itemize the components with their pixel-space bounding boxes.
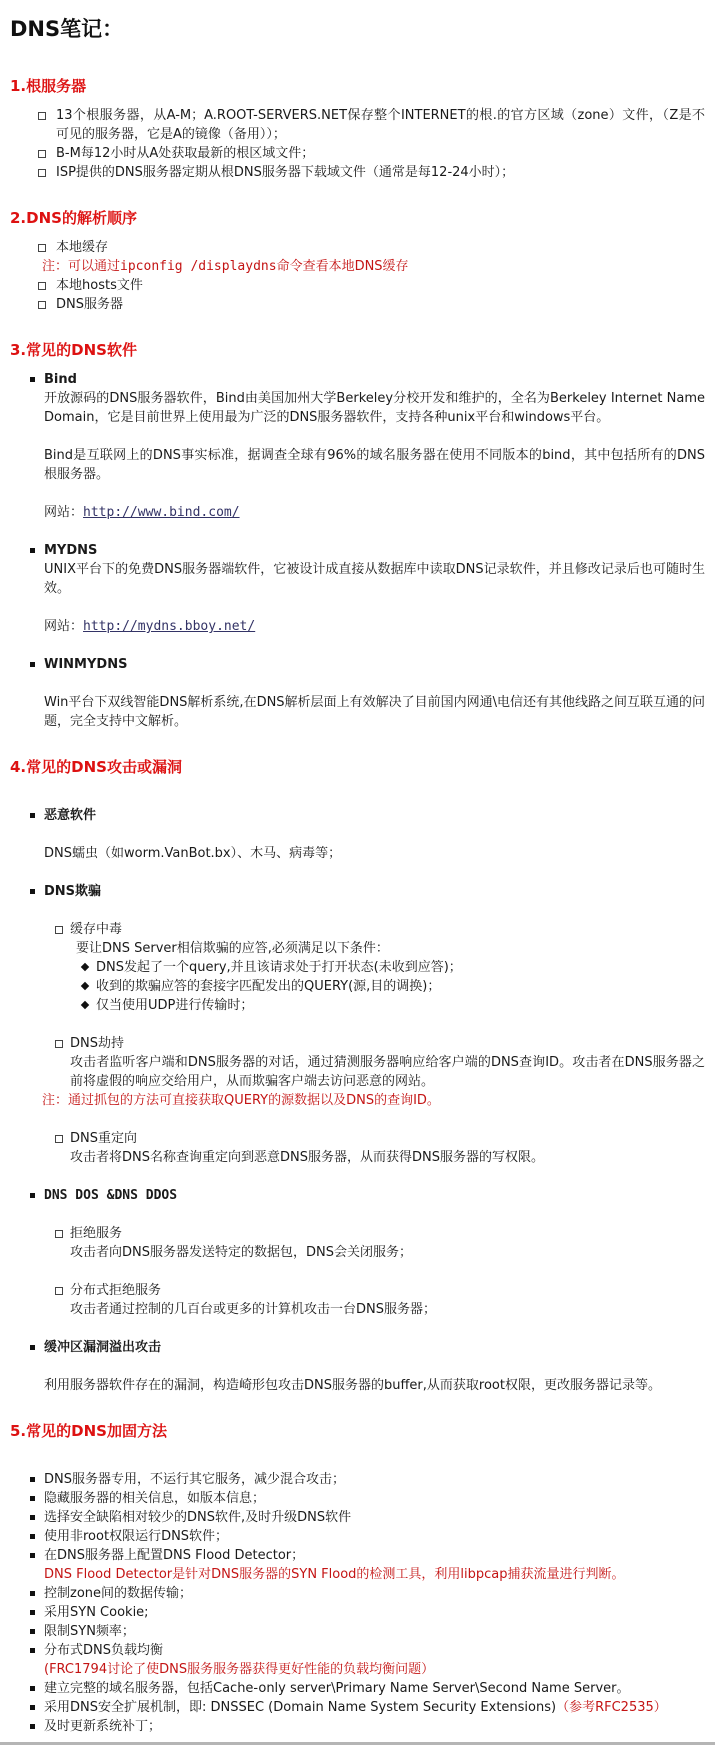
section-heading: 1.根服务器 [10, 76, 705, 96]
bullet-diamond-icon [81, 982, 89, 990]
blank-line [10, 1451, 705, 1470]
blank-line [10, 863, 705, 882]
bullet-hollow-square-icon [38, 150, 46, 158]
bullet-square-icon [30, 1591, 35, 1596]
text-run: 收到的欺骗应答的套接字匹配发出的QUERY(源,目的调换)； [96, 979, 440, 994]
text-run: DNS欺骗 [44, 884, 101, 899]
paragraph: 网站：http://mydns.bboy.net/ [10, 617, 705, 636]
text-run: 攻击者将DNS名称查询重定向到恶意DNS服务器，从而获得DNS服务器的写权限。 [70, 1150, 544, 1165]
bullet-square-icon [30, 1610, 35, 1615]
paragraph: 攻击者监听客户端和DNS服务器的对话，通过猜测服务器响应给客户端的DNS查询ID… [10, 1053, 705, 1091]
paragraph: Bind是互联网上的DNS事实标准，据调查全球有96%的域名服务器在使用不同版本… [10, 446, 705, 484]
text-run: 建立完整的域名服务器，包括Cache-only server\Primary N… [44, 1681, 629, 1696]
text-run: DNS服务器专用，不运行其它服务，减少混合攻击； [44, 1472, 345, 1487]
list-item: 拒绝服务 [10, 1224, 705, 1243]
bullet-hollow-square-icon [55, 1040, 63, 1048]
paragraph: UNIX平台下的免费DNS服务器端软件，它被设计成直接从数据库中读取DNS记录软… [10, 560, 705, 598]
text-run: 13个根服务器，从A-M；A.ROOT-SERVERS.NET保存整个INTER… [56, 108, 705, 142]
section-heading: 3.常见的DNS软件 [10, 340, 705, 360]
blank-line [10, 1319, 705, 1338]
text-run: 本地缓存 [56, 240, 108, 255]
list-item: 分布式拒绝服务 [10, 1281, 705, 1300]
list-item: 恶意软件 [10, 806, 705, 825]
bullet-diamond-icon [81, 963, 89, 971]
list-item: 本地缓存 [10, 238, 705, 257]
list-item: DNS劫持 [10, 1034, 705, 1053]
bullet-square-icon [30, 1515, 35, 1520]
list-item: 选择安全缺陷相对较少的DNS软件,及时升级DNS软件 [10, 1508, 705, 1527]
hyperlink[interactable]: http://mydns.bboy.net/ [83, 619, 255, 634]
blank-line [10, 901, 705, 920]
blank-line [10, 598, 705, 617]
list-item: 采用SYN Cookie; [10, 1603, 705, 1622]
bullet-square-icon [30, 1648, 35, 1653]
text-run: 攻击者监听客户端和DNS服务器的对话，通过猜测服务器响应给客户端的DNS查询ID… [70, 1055, 705, 1089]
text-run: Bind是互联网上的DNS事实标准，据调查全球有96%的域名服务器在使用不同版本… [44, 448, 705, 482]
text-run: 网站： [44, 619, 83, 634]
bullet-hollow-square-icon [38, 169, 46, 177]
text-run: UNIX平台下的免费DNS服务器端软件，它被设计成直接从数据库中读取DNS记录软… [44, 562, 705, 596]
text-run: Win平台下双线智能DNS解析系统,在DNS解析层面上有效解决了目前国内网通\电… [44, 695, 705, 729]
blank-line [10, 674, 705, 693]
blank-line [10, 427, 705, 446]
text-run: DNS DOS &DNS DDOS [44, 1188, 177, 1203]
text-run: 利用服务器软件存在的漏洞，构造崎形包攻击DNS服务器的buffer,从而获取ro… [44, 1378, 661, 1393]
document-title: DNS笔记： [10, 16, 705, 42]
text-run: 注：通过抓包的方法可直接获取QUERY的源数据以及DNS的查询ID。 [42, 1093, 440, 1108]
bullet-square-icon [30, 889, 35, 894]
bullet-hollow-square-icon [38, 244, 46, 252]
list-item: DNS重定向 [10, 1129, 705, 1148]
paragraph: Win平台下双线智能DNS解析系统,在DNS解析层面上有效解决了目前国内网通\电… [10, 693, 705, 731]
bullet-diamond-icon [81, 1001, 89, 1009]
paragraph: 开放源码的DNS服务器软件，Bind由美国加州大学Berkeley分校开发和维护… [10, 389, 705, 427]
list-item: 限制SYN频率； [10, 1622, 705, 1641]
bullet-hollow-square-icon [38, 282, 46, 290]
text-run: 要让DNS Server相信欺骗的应答,必须满足以下条件： [76, 941, 389, 956]
list-item: DNS服务器专用，不运行其它服务，减少混合攻击； [10, 1470, 705, 1489]
paragraph: 利用服务器软件存在的漏洞，构造崎形包攻击DNS服务器的buffer,从而获取ro… [10, 1376, 705, 1395]
blank-line [10, 484, 705, 503]
paragraph: 攻击者通过控制的几百台或更多的计算机攻击一台DNS服务器； [10, 1300, 705, 1319]
bullet-square-icon [30, 548, 35, 553]
text-run: 缓存中毒 [70, 922, 122, 937]
list-item: 在DNS服务器上配置DNS Flood Detector； [10, 1546, 705, 1565]
text-run: DNS Flood Detector是针对DNS服务器的SYN Flood的检测… [44, 1567, 625, 1582]
text-run: 采用DNS安全扩展机制，即: DNSSEC (Domain Name Syste… [44, 1700, 556, 1715]
paragraph: 网站：http://www.bind.com/ [10, 503, 705, 522]
note-text: DNS Flood Detector是针对DNS服务器的SYN Flood的检测… [10, 1565, 705, 1584]
section-1: 1.根服务器13个根服务器，从A-M；A.ROOT-SERVERS.NET保存整… [10, 76, 705, 182]
paragraph: 攻击者将DNS名称查询重定向到恶意DNS服务器，从而获得DNS服务器的写权限。 [10, 1148, 705, 1167]
list-item: 收到的欺骗应答的套接字匹配发出的QUERY(源,目的调换)； [10, 977, 705, 996]
text-run: 分布式拒绝服务 [70, 1283, 161, 1298]
bullet-hollow-square-icon [38, 301, 46, 309]
blank-line [10, 1110, 705, 1129]
section-heading: 5.常见的DNS加固方法 [10, 1421, 705, 1441]
text-run: DNS重定向 [70, 1131, 137, 1146]
text-run: ipconfig /displaydns [120, 259, 277, 274]
bullet-square-icon [30, 377, 35, 382]
list-item: 仅当使用UDP进行传输时； [10, 996, 705, 1015]
text-run: 在DNS服务器上配置DNS Flood Detector； [44, 1548, 304, 1563]
section-heading: 4.常见的DNS攻击或漏洞 [10, 757, 705, 777]
blank-line [10, 1357, 705, 1376]
text-run: DNS劫持 [70, 1036, 124, 1051]
bullet-square-icon [30, 662, 35, 667]
list-item: Bind [10, 370, 705, 389]
text-run: 攻击者通过控制的几百台或更多的计算机攻击一台DNS服务器； [70, 1302, 436, 1317]
blank-line [10, 522, 705, 541]
section-heading: 2.DNS的解析顺序 [10, 208, 705, 228]
paragraph: DNS蠕虫（如worm.VanBot.bx）、木马、病毒等； [10, 844, 705, 863]
note-text: (FRC1794讨论了使DNS服务服务器获得更好性能的负载均衡问题） [10, 1660, 705, 1679]
blank-line [10, 1167, 705, 1186]
section-3: 3.常见的DNS软件Bind开放源码的DNS服务器软件，Bind由美国加州大学B… [10, 340, 705, 731]
list-item: 缓冲区漏洞溢出攻击 [10, 1338, 705, 1357]
text-run: 注：可以通过 [42, 259, 120, 274]
list-item: 及时更新系统补丁； [10, 1717, 705, 1736]
text-run: 缓冲区漏洞溢出攻击 [44, 1340, 161, 1355]
text-run: 使用非root权限运行DNS软件； [44, 1529, 228, 1544]
bullet-square-icon [30, 1724, 35, 1729]
list-item: 分布式DNS负载均衡 [10, 1641, 705, 1660]
bullet-square-icon [30, 813, 35, 818]
bullet-hollow-square-icon [55, 926, 63, 934]
bullet-square-icon [30, 1534, 35, 1539]
text-run: 攻击者向DNS服务器发送特定的数据包，DNS会关闭服务； [70, 1245, 412, 1260]
bullet-square-icon [30, 1496, 35, 1501]
note-text: 注：通过抓包的方法可直接获取QUERY的源数据以及DNS的查询ID。 [10, 1091, 705, 1110]
blank-line [10, 1015, 705, 1034]
text-run: (FRC1794讨论了使DNS服务服务器获得更好性能的负载均衡问题） [44, 1662, 434, 1677]
list-item: 建立完整的域名服务器，包括Cache-only server\Primary N… [10, 1679, 705, 1698]
bullet-square-icon [30, 1553, 35, 1558]
list-item: 隐藏服务器的相关信息，如版本信息； [10, 1489, 705, 1508]
paragraph: 要让DNS Server相信欺骗的应答,必须满足以下条件： [10, 939, 705, 958]
text-run: ISP提供的DNS服务器定期从根DNS服务器下载域文件（通常是每12-24小时）… [56, 165, 514, 180]
list-item: 本地hosts文件 [10, 276, 705, 295]
text-run: 采用SYN Cookie; [44, 1605, 149, 1620]
text-run: （参考RFC2535） [556, 1700, 667, 1715]
list-item: DNS欺骗 [10, 882, 705, 901]
list-item: ISP提供的DNS服务器定期从根DNS服务器下载域文件（通常是每12-24小时）… [10, 163, 705, 182]
list-item: 缓存中毒 [10, 920, 705, 939]
list-item: WINMYDNS [10, 655, 705, 674]
text-run: DNS发起了一个query,并且该请求处于打开状态(未收到应答)； [96, 960, 462, 975]
bullet-square-icon [30, 1193, 35, 1198]
bullet-square-icon [30, 1686, 35, 1691]
bullet-square-icon [30, 1629, 35, 1634]
text-run: 选择安全缺陷相对较少的DNS软件,及时升级DNS软件 [44, 1510, 351, 1525]
bullet-square-icon [30, 1477, 35, 1482]
list-item: 采用DNS安全扩展机制，即: DNSSEC (Domain Name Syste… [10, 1698, 705, 1717]
text-run: 拒绝服务 [70, 1226, 122, 1241]
list-item: 控制zone间的数据传输； [10, 1584, 705, 1603]
text-run: 本地hosts文件 [56, 278, 143, 293]
text-run: WINMYDNS [44, 657, 127, 672]
bullet-square-icon [30, 1345, 35, 1350]
section-4: 4.常见的DNS攻击或漏洞恶意软件DNS蠕虫（如worm.VanBot.bx）、… [10, 757, 705, 1395]
paragraph: 攻击者向DNS服务器发送特定的数据包，DNS会关闭服务； [10, 1243, 705, 1262]
bullet-hollow-square-icon [55, 1135, 63, 1143]
text-run: 控制zone间的数据传输； [44, 1586, 192, 1601]
hyperlink[interactable]: http://www.bind.com/ [83, 505, 240, 520]
text-run: MYDNS [44, 543, 97, 558]
text-run: 开放源码的DNS服务器软件，Bind由美国加州大学Berkeley分校开发和维护… [44, 391, 705, 425]
blank-line [10, 1205, 705, 1224]
text-run: 及时更新系统补丁； [44, 1719, 161, 1734]
text-run: 恶意软件 [44, 808, 96, 823]
text-run: DNS服务器 [56, 297, 123, 312]
list-item: 使用非root权限运行DNS软件； [10, 1527, 705, 1546]
blank-line [10, 1262, 705, 1281]
bullet-square-icon [30, 1705, 35, 1710]
blank-line [10, 787, 705, 806]
blank-line [10, 636, 705, 655]
text-run: DNS蠕虫（如worm.VanBot.bx）、木马、病毒等； [44, 846, 341, 861]
text-run: 命令查看本地DNS缓存 [277, 259, 409, 274]
text-run: 限制SYN频率； [44, 1624, 135, 1639]
list-item: DNS DOS &DNS DDOS [10, 1186, 705, 1205]
list-item: DNS服务器 [10, 295, 705, 314]
list-item: B-M每12小时从A处获取最新的根区域文件； [10, 144, 705, 163]
blank-line [10, 825, 705, 844]
list-item: DNS发起了一个query,并且该请求处于打开状态(未收到应答)； [10, 958, 705, 977]
bullet-hollow-square-icon [55, 1230, 63, 1238]
list-item: MYDNS [10, 541, 705, 560]
document: DNS笔记： 1.根服务器13个根服务器，从A-M；A.ROOT-SERVERS… [0, 0, 715, 1745]
text-run: 网站： [44, 505, 83, 520]
text-run: 仅当使用UDP进行传输时； [96, 998, 253, 1013]
text-run: 隐藏服务器的相关信息，如版本信息； [44, 1491, 265, 1506]
section-2: 2.DNS的解析顺序本地缓存注：可以通过ipconfig /displaydns… [10, 208, 705, 314]
bullet-hollow-square-icon [38, 112, 46, 120]
text-run: 分布式DNS负载均衡 [44, 1643, 163, 1658]
bullet-hollow-square-icon [55, 1287, 63, 1295]
document-body: 1.根服务器13个根服务器，从A-M；A.ROOT-SERVERS.NET保存整… [10, 76, 705, 1736]
section-5: 5.常见的DNS加固方法DNS服务器专用，不运行其它服务，减少混合攻击；隐藏服务… [10, 1421, 705, 1736]
text-run: Bind [44, 372, 77, 387]
text-run: B-M每12小时从A处获取最新的根区域文件； [56, 146, 314, 161]
note-text: 注：可以通过ipconfig /displaydns命令查看本地DNS缓存 [10, 257, 705, 276]
list-item: 13个根服务器，从A-M；A.ROOT-SERVERS.NET保存整个INTER… [10, 106, 705, 144]
